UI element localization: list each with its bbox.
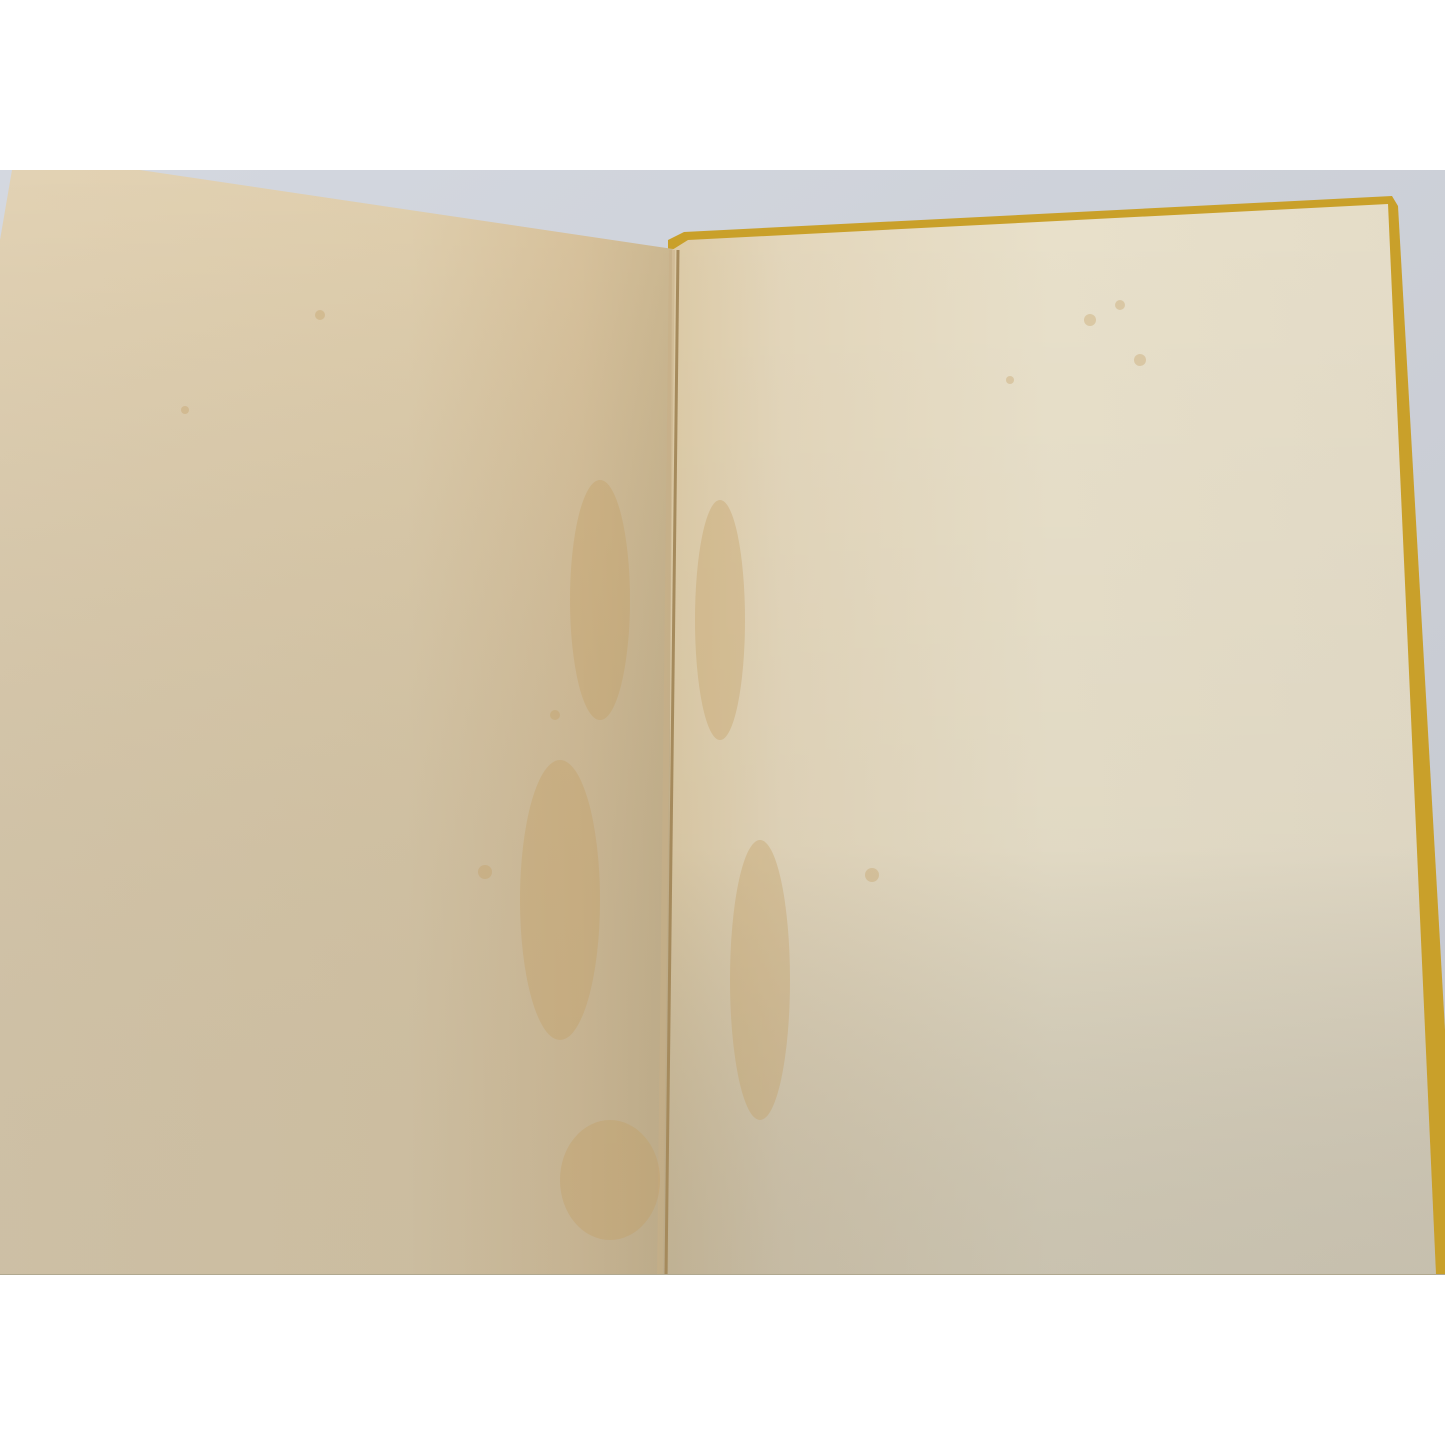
left-page-shade (0, 170, 680, 1275)
bottom-frame (0, 1274, 1445, 1275)
right-page-shade (668, 204, 1436, 1275)
book-photo (0, 170, 1445, 1275)
open-book-illustration (0, 170, 1445, 1275)
